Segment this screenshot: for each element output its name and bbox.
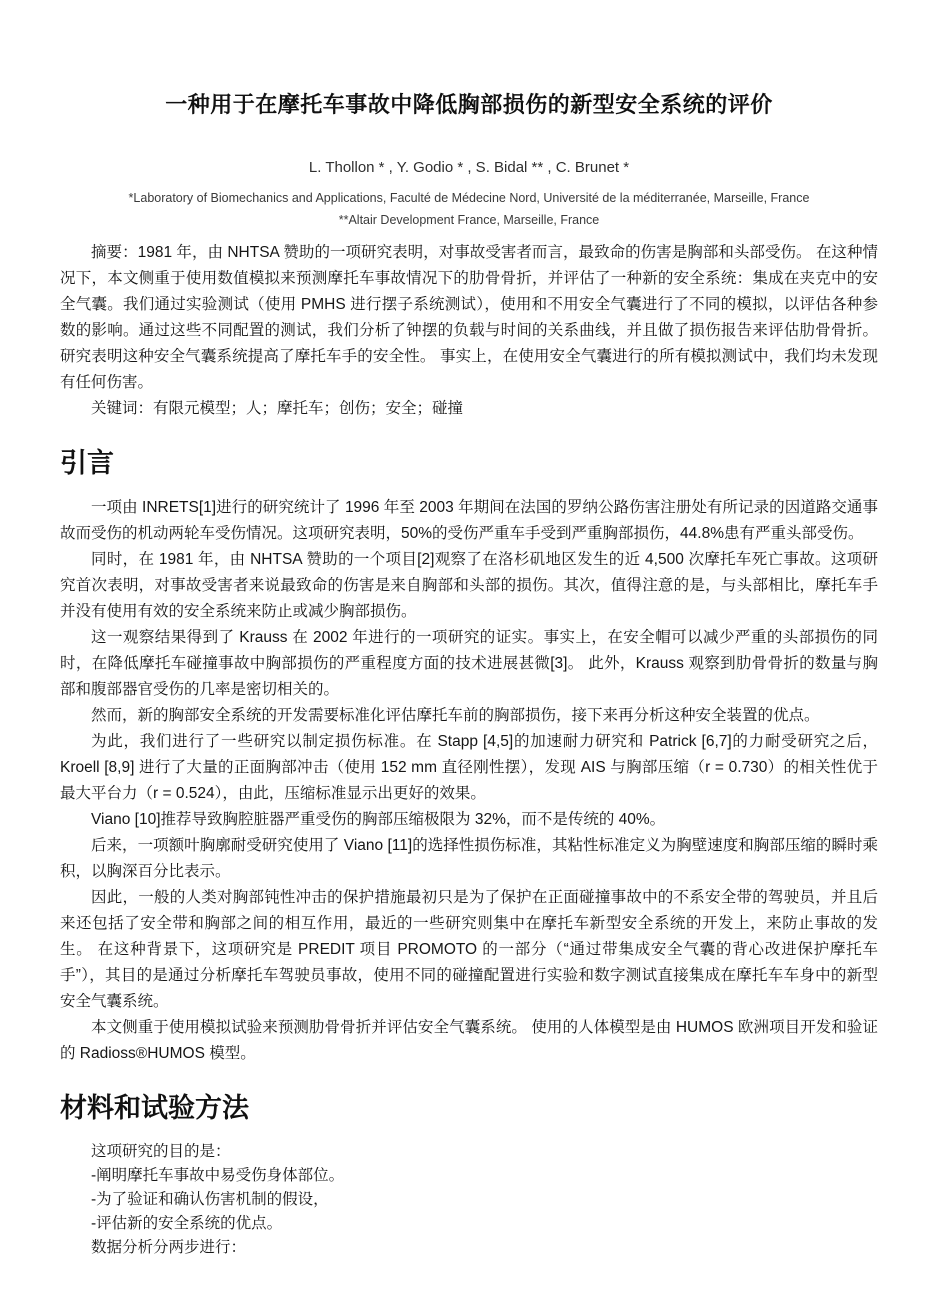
methods-analysis-line: 数据分析分两步进行： [60,1236,878,1260]
section-heading-methods: 材料和试验方法 [60,1091,878,1125]
intro-paragraph-7: 后来，一项额叶胸廓耐受研究使用了 Viano [11]的选择性损伤标准，其粘性标… [60,833,878,885]
abstract-paragraph: 摘要：1981 年，由 NHTSA 赞助的一项研究表明，对事故受害者而言，最致命… [60,240,878,396]
methods-objective-3: -评估新的安全系统的优点。 [60,1212,878,1236]
intro-paragraph-8: 因此，一般的人类对胸部钝性冲击的保护措施最初只是为了保护在正面碰撞事故中的不系安… [60,885,878,1015]
intro-paragraph-6: Viano [10]推荐导致胸腔脏器严重受伤的胸部压缩极限为 32%，而不是传统… [60,807,878,833]
methods-objective-1: -阐明摩托车事故中易受伤身体部位。 [60,1164,878,1188]
intro-paragraph-4: 然而，新的胸部安全系统的开发需要标准化评估摩托车前的胸部损伤，接下来再分析这种安… [60,703,878,729]
methods-objective-2: -为了验证和确认伤害机制的假设， [60,1188,878,1212]
affiliation-line-2: **Altair Development France, Marseille, … [60,210,878,230]
section-heading-introduction: 引言 [60,446,878,480]
methods-purpose-line: 这项研究的目的是： [60,1140,878,1164]
intro-paragraph-3: 这一观察结果得到了 Krauss 在 2002 年进行的一项研究的证实。事实上，… [60,625,878,703]
paper-title: 一种用于在摩托车事故中降低胸部损伤的新型安全系统的评价 [60,88,878,122]
authors-line: L. Thollon * , Y. Godio * , S. Bidal ** … [60,158,878,178]
intro-paragraph-1: 一项由 INRETS[1]进行的研究统计了 1996 年至 2003 年期间在法… [60,495,878,547]
intro-paragraph-2: 同时，在 1981 年，由 NHTSA 赞助的一个项目[2]观察了在洛杉矶地区发… [60,547,878,625]
affiliation-line-1: *Laboratory of Biomechanics and Applicat… [60,188,878,208]
keywords-line: 关键词：有限元模型；人；摩托车；创伤；安全；碰撞 [60,396,878,422]
intro-paragraph-5: 为此，我们进行了一些研究以制定损伤标准。在 Stapp [4,5]的加速耐力研究… [60,729,878,807]
intro-paragraph-9: 本文侧重于使用模拟试验来预测肋骨骨折并评估安全气囊系统。 使用的人体模型是由 H… [60,1015,878,1067]
document-page: 一种用于在摩托车事故中降低胸部损伤的新型安全系统的评价 L. Thollon *… [0,0,926,1309]
